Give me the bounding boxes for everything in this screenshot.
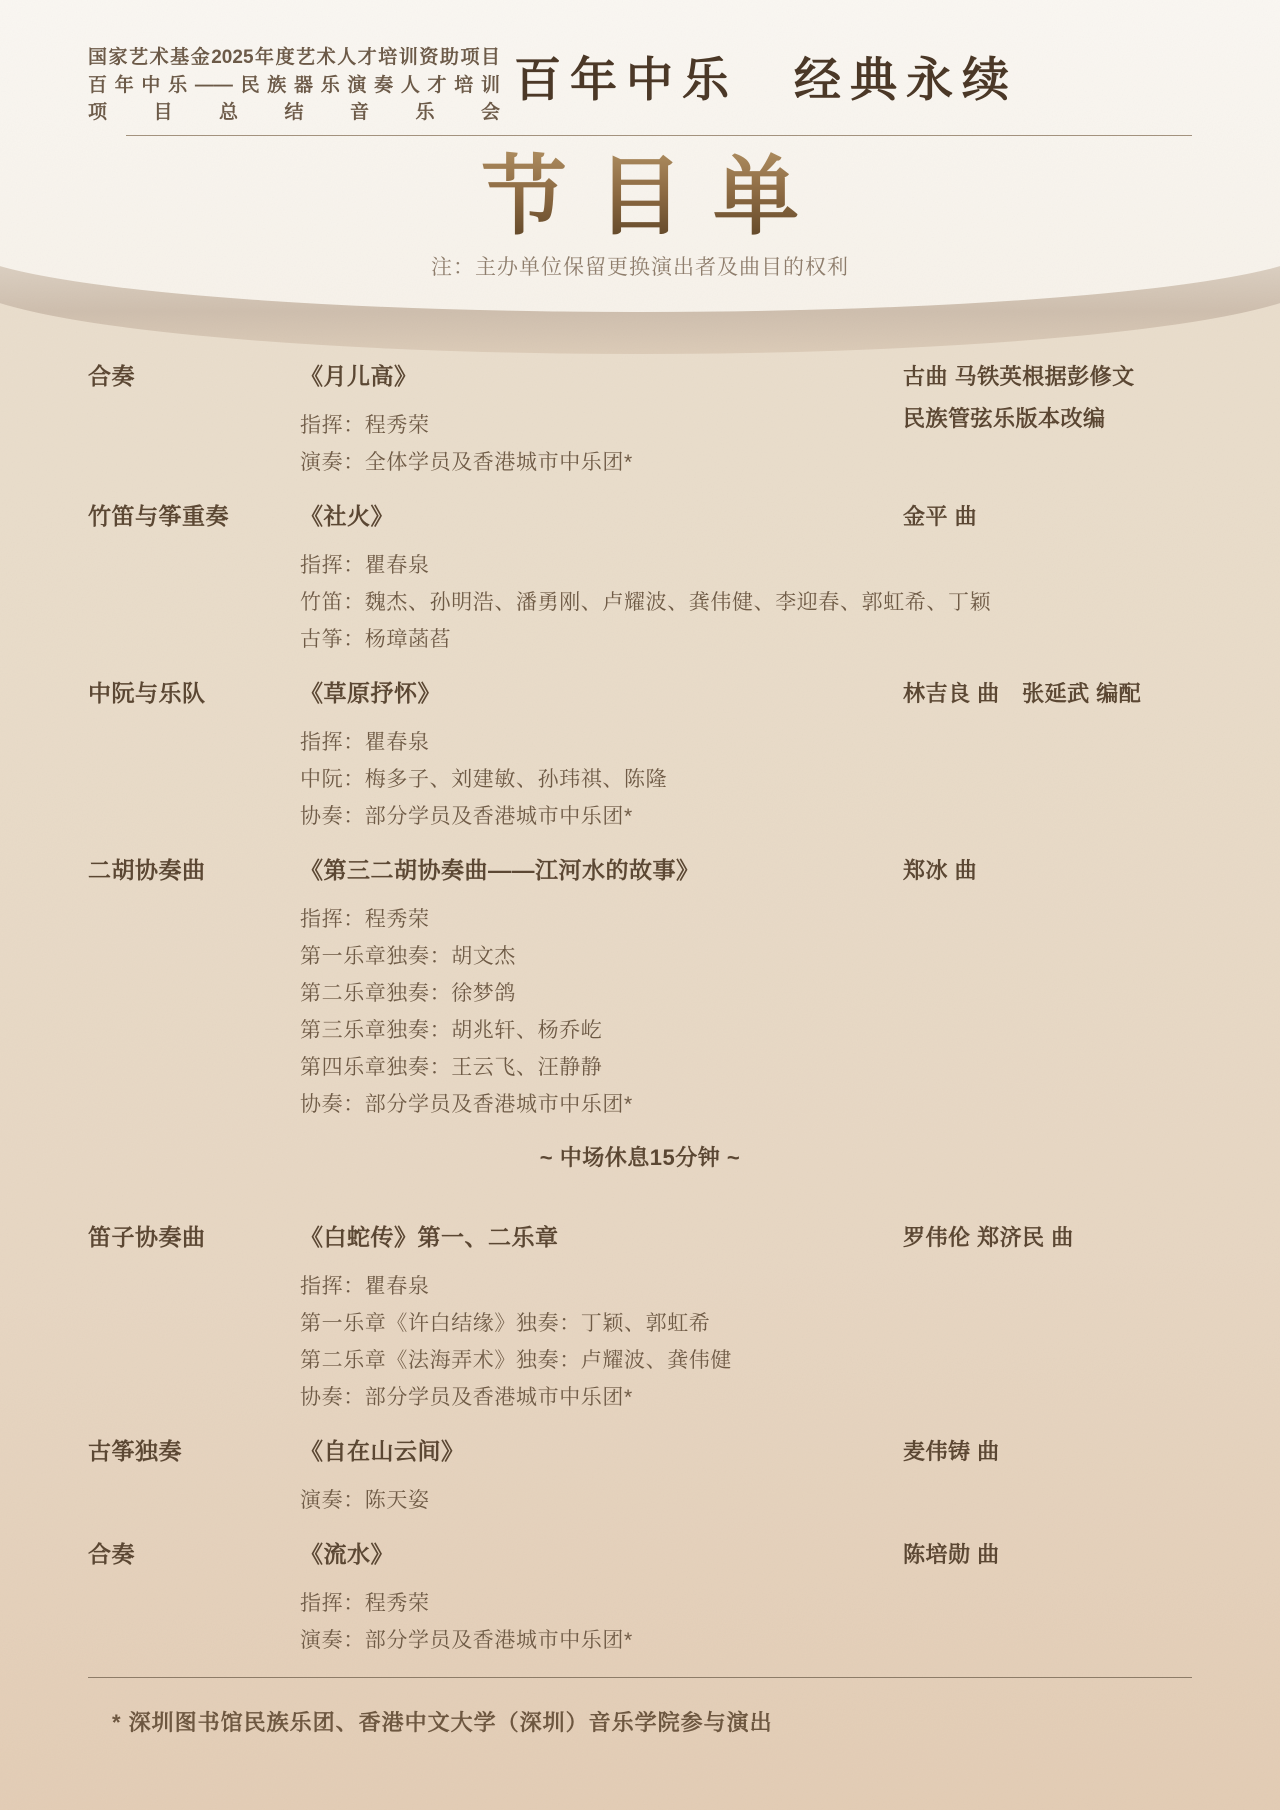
- header-divider: [126, 135, 1192, 136]
- project-line: 国家艺术基金2025年度艺术人才培训资助项目: [88, 44, 500, 72]
- entry-details: 指挥：瞿春泉第一乐章《许白结缘》独奏：丁颖、郭虹希第二乐章《法海弄术》独奏：卢耀…: [300, 1268, 1192, 1416]
- entry-composer: 林吉良 曲 张延武 编配: [903, 673, 1192, 715]
- entry-type: 竹笛与筝重奏: [88, 499, 300, 533]
- program-entry: 中阮与乐队 《草原抒怀》 林吉良 曲 张延武 编配 指挥：瞿春泉中阮：梅多子、刘…: [88, 676, 1192, 835]
- entry-title: 《流水》: [300, 1537, 903, 1571]
- detail-line: 指挥：瞿春泉: [300, 1268, 1192, 1305]
- entry-title: 《月儿高》: [300, 359, 903, 393]
- composer-line: 陈培勋 曲: [903, 1534, 1192, 1576]
- detail-line: 第二乐章《法海弄术》独奏：卢耀波、龚伟健: [300, 1342, 1192, 1379]
- header: 国家艺术基金2025年度艺术人才培训资助项目 百年中乐——民族器乐演奏人才培训 …: [88, 0, 1192, 127]
- detail-line: 第一乐章独奏：胡文杰: [300, 938, 1192, 975]
- detail-line: 指挥：程秀荣: [300, 407, 1192, 444]
- entry-title: 《自在山云间》: [300, 1434, 903, 1468]
- program-entry: 笛子协奏曲 《白蛇传》第一、二乐章 罗伟伦 郑济民 曲 指挥：瞿春泉第一乐章《许…: [88, 1220, 1192, 1416]
- entry-title: 《白蛇传》第一、二乐章: [300, 1220, 903, 1254]
- detail-line: 中阮：梅多子、刘建敏、孙玮祺、陈隆: [300, 761, 1192, 798]
- detail-line: 第一乐章《许白结缘》独奏：丁颖、郭虹希: [300, 1305, 1192, 1342]
- composer-line: 林吉良 曲 张延武 编配: [903, 673, 1192, 715]
- entry-composer: 罗伟伦 郑济民 曲: [903, 1217, 1192, 1259]
- entry-title: 《草原抒怀》: [300, 676, 903, 710]
- participation-footnote: * 深圳图书馆民族乐团、香港中文大学（深圳）音乐学院参与演出: [88, 1706, 1192, 1740]
- detail-line: 指挥：瞿春泉: [300, 547, 1192, 584]
- detail-line: 第二乐章独奏：徐梦鸽: [300, 975, 1192, 1012]
- composer-line: 金平 曲: [903, 496, 1192, 538]
- composer-line: 郑冰 曲: [903, 850, 1192, 892]
- detail-line: 协奏：部分学员及香港城市中乐团*: [300, 1379, 1192, 1416]
- detail-line: 演奏：部分学员及香港城市中乐团*: [300, 1622, 1192, 1659]
- entry-type: 中阮与乐队: [88, 676, 300, 710]
- detail-line: 指挥：程秀荣: [300, 901, 1192, 938]
- page-content: 国家艺术基金2025年度艺术人才培训资助项目 百年中乐——民族器乐演奏人才培训 …: [0, 0, 1280, 1740]
- entry-details: 指挥：瞿春泉竹笛：魏杰、孙明浩、潘勇刚、卢耀波、龚伟健、李迎春、郭虹希、丁颖古筝…: [300, 547, 1192, 658]
- entry-title: 《社火》: [300, 499, 903, 533]
- detail-line: 竹笛：魏杰、孙明浩、潘勇刚、卢耀波、龚伟健、李迎春、郭虹希、丁颖: [300, 584, 1192, 621]
- entry-type: 二胡协奏曲: [88, 853, 300, 887]
- entry-title: 《第三二胡协奏曲——江河水的故事》: [300, 853, 903, 887]
- intermission-note: ~ 中场休息15分钟 ~: [88, 1141, 1192, 1175]
- composer-line: 古曲 马铁英根据彭修文: [903, 356, 1192, 398]
- entry-details: 演奏：陈天姿: [300, 1482, 1192, 1519]
- entry-type: 笛子协奏曲: [88, 1220, 300, 1254]
- concert-title: 百年中乐 经典永续: [514, 44, 1018, 117]
- detail-line: 古筝：杨璋菡萏: [300, 621, 1192, 658]
- entry-type: 合奏: [88, 1537, 300, 1571]
- entry-details: 指挥：程秀荣演奏：部分学员及香港城市中乐团*: [300, 1585, 1192, 1659]
- detail-line: 第四乐章独奏：王云飞、汪静静: [300, 1049, 1192, 1086]
- entry-composer: 陈培勋 曲: [903, 1534, 1192, 1576]
- footer-divider: [88, 1677, 1192, 1678]
- detail-line: 协奏：部分学员及香港城市中乐团*: [300, 1086, 1192, 1123]
- entry-composer: 郑冰 曲: [903, 850, 1192, 892]
- organizer-note: 注：主办单位保留更换演出者及曲目的权利: [88, 251, 1192, 281]
- entry-type: 古筝独奏: [88, 1434, 300, 1468]
- program-entry: 合奏 《月儿高》 古曲 马铁英根据彭修文民族管弦乐版本改编 指挥：程秀荣演奏：全…: [88, 359, 1192, 481]
- project-line: 项目总结音乐会: [88, 99, 500, 127]
- program-list-title: 节目单: [88, 150, 1192, 245]
- composer-line: 麦伟铸 曲: [903, 1431, 1192, 1473]
- program-entry: 二胡协奏曲 《第三二胡协奏曲——江河水的故事》 郑冰 曲 指挥：程秀荣第一乐章独…: [88, 853, 1192, 1123]
- composer-line: 罗伟伦 郑济民 曲: [903, 1217, 1192, 1259]
- detail-line: 第三乐章独奏：胡兆轩、杨乔屹: [300, 1012, 1192, 1049]
- detail-line: 演奏：全体学员及香港城市中乐团*: [300, 444, 1192, 481]
- entry-composer: 麦伟铸 曲: [903, 1431, 1192, 1473]
- project-info: 国家艺术基金2025年度艺术人才培训资助项目 百年中乐——民族器乐演奏人才培训 …: [88, 44, 500, 127]
- detail-line: 演奏：陈天姿: [300, 1482, 1192, 1519]
- program-entry: 合奏 《流水》 陈培勋 曲 指挥：程秀荣演奏：部分学员及香港城市中乐团*: [88, 1537, 1192, 1659]
- project-line: 百年中乐——民族器乐演奏人才培训: [88, 72, 500, 100]
- program-entry: 竹笛与筝重奏 《社火》 金平 曲 指挥：瞿春泉竹笛：魏杰、孙明浩、潘勇刚、卢耀波…: [88, 499, 1192, 658]
- program-list: 合奏 《月儿高》 古曲 马铁英根据彭修文民族管弦乐版本改编 指挥：程秀荣演奏：全…: [88, 359, 1192, 1659]
- program-poster: 国家艺术基金2025年度艺术人才培训资助项目 百年中乐——民族器乐演奏人才培训 …: [0, 0, 1280, 1810]
- entry-composer: 金平 曲: [903, 496, 1192, 538]
- detail-line: 指挥：程秀荣: [300, 1585, 1192, 1622]
- entry-details: 指挥：瞿春泉中阮：梅多子、刘建敏、孙玮祺、陈隆协奏：部分学员及香港城市中乐团*: [300, 724, 1192, 835]
- program-part2: 笛子协奏曲 《白蛇传》第一、二乐章 罗伟伦 郑济民 曲 指挥：瞿春泉第一乐章《许…: [88, 1220, 1192, 1659]
- program-entry: 古筝独奏 《自在山云间》 麦伟铸 曲 演奏：陈天姿: [88, 1434, 1192, 1519]
- entry-details: 指挥：程秀荣演奏：全体学员及香港城市中乐团*: [300, 407, 1192, 481]
- program-part1: 合奏 《月儿高》 古曲 马铁英根据彭修文民族管弦乐版本改编 指挥：程秀荣演奏：全…: [88, 359, 1192, 1123]
- detail-line: 指挥：瞿春泉: [300, 724, 1192, 761]
- detail-line: 协奏：部分学员及香港城市中乐团*: [300, 798, 1192, 835]
- entry-details: 指挥：程秀荣第一乐章独奏：胡文杰第二乐章独奏：徐梦鸽第三乐章独奏：胡兆轩、杨乔屹…: [300, 901, 1192, 1123]
- entry-type: 合奏: [88, 359, 300, 393]
